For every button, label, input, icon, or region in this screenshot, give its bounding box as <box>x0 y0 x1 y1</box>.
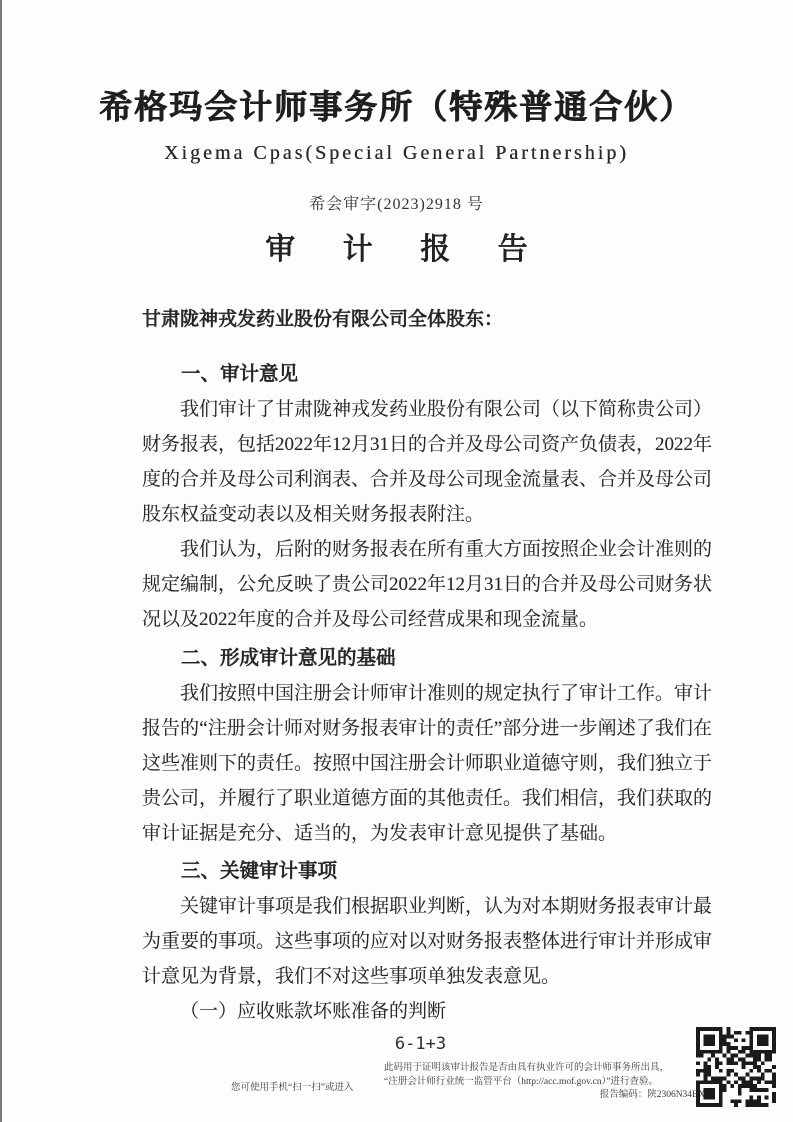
qr-code-image <box>696 1027 776 1107</box>
verification-note: 此码用于证明该审计报告是否由具有执业许可的会计师事务所出具， “注册会计师行业统… <box>384 1062 710 1103</box>
scanned-audit-report-page: 希格玛会计师事务所（特殊普通合伙） Xigema Cpas(Special Ge… <box>0 0 793 1122</box>
section-heading-1: 一、审计意见 <box>142 357 712 392</box>
report-title: 审 计 报 告 <box>0 230 793 270</box>
firm-name-chinese: 希格玛会计师事务所（特殊普通合伙） <box>0 86 793 130</box>
qr-code <box>696 1027 776 1107</box>
paragraph: 我们认为，后附的财务报表在所有重大方面按照企业会计准则的规定编制，公允反映了贵公… <box>142 532 712 637</box>
report-code: 报告编码：陕2306N34BX7 <box>384 1089 710 1103</box>
paragraph: 我们审计了甘肃陇神戎发药业股份有限公司（以下简称贵公司）财务报表，包括2022年… <box>142 392 712 532</box>
firm-name-english: Xigema Cpas(Special General Partnership) <box>0 140 793 166</box>
addressee-line: 甘肃陇神戎发药业股份有限公司全体股东： <box>142 302 712 337</box>
section-heading-2: 二、形成审计意见的基础 <box>142 641 712 676</box>
scan-edge-artifact <box>0 0 2 1122</box>
paragraph: 关键审计事项是我们根据职业判断，认为对本期财务报表审计最为重要的事项。这些事项的… <box>142 889 712 994</box>
scan-qr-hint-text: 您可使用手机“扫一扫”或进入 <box>231 1079 353 1093</box>
verification-line-1: 此码用于证明该审计报告是否由具有执业许可的会计师事务所出具， <box>384 1062 710 1076</box>
section-audit-opinion: 一、审计意见 我们审计了甘肃陇神戎发药业股份有限公司（以下简称贵公司）财务报表，… <box>142 357 712 637</box>
verification-line-2: “注册会计师行业统一监管平台（http://acc.mof.gov.cn）”进行… <box>384 1076 710 1090</box>
report-body: 甘肃陇神戎发药业股份有限公司全体股东： 一、审计意见 我们审计了甘肃陇神戎发药业… <box>142 302 712 1029</box>
report-reference-number: 希会审字(2023)2918 号 <box>0 194 793 216</box>
section-heading-3: 三、关键审计事项 <box>142 854 712 889</box>
section-basis-for-opinion: 二、形成审计意见的基础 我们按照中国注册会计师审计准则的规定执行了审计工作。审计… <box>142 641 712 851</box>
section-key-audit-matters: 三、关键审计事项 关键审计事项是我们根据职业判断，认为对本期财务报表审计最为重要… <box>142 854 712 1029</box>
report-header: 希格玛会计师事务所（特殊普通合伙） Xigema Cpas(Special Ge… <box>0 0 793 270</box>
paragraph: 我们按照中国注册会计师审计准则的规定执行了审计工作。审计报告的“注册会计师对财务… <box>142 676 712 851</box>
subsection-heading: （一）应收账款坏账准备的判断 <box>142 994 712 1029</box>
page-number: 6-1+3 <box>0 1034 793 1054</box>
